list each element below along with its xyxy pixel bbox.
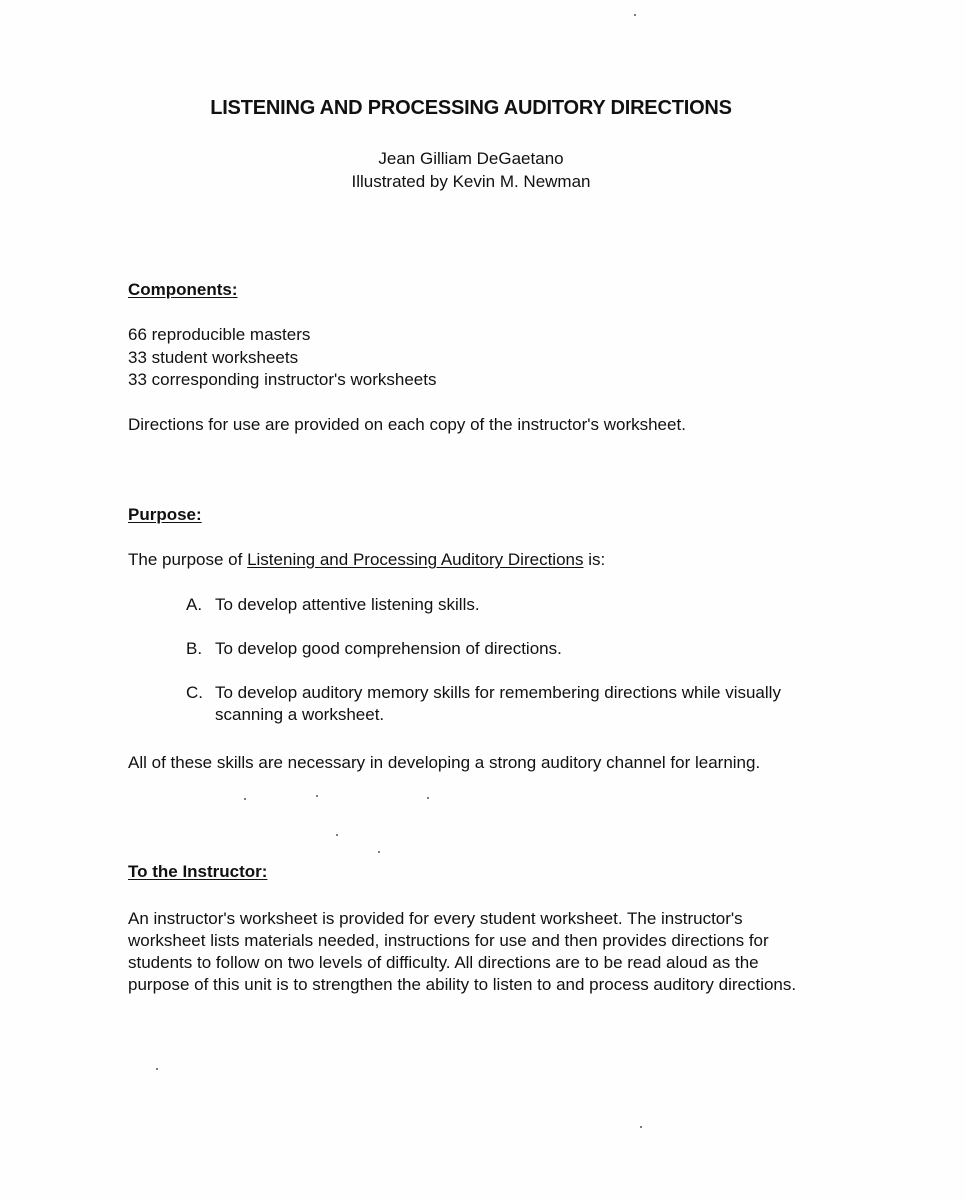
- purpose-item: B. To develop good comprehension of dire…: [186, 638, 795, 660]
- purpose-item-text: To develop attentive listening skills.: [215, 594, 795, 616]
- scan-speck: [336, 834, 338, 836]
- purpose-intro: The purpose of Listening and Processing …: [128, 549, 605, 571]
- illustrator-credit: Illustrated by Kevin M. Newman: [0, 170, 942, 193]
- scan-speck: [244, 798, 246, 800]
- scan-speck: [378, 851, 380, 853]
- purpose-list: A. To develop attentive listening skills…: [186, 594, 795, 748]
- purpose-closing: All of these skills are necessary in dev…: [128, 752, 778, 774]
- document-title: LISTENING AND PROCESSING AUDITORY DIRECT…: [0, 97, 942, 120]
- author-name: Jean Gilliam DeGaetano: [0, 147, 942, 170]
- purpose-item: C. To develop auditory memory skills for…: [186, 682, 795, 726]
- purpose-item-letter: A.: [186, 594, 215, 616]
- purpose-item: A. To develop attentive listening skills…: [186, 594, 795, 616]
- purpose-item-letter: C.: [186, 682, 215, 726]
- scan-speck: [316, 795, 318, 797]
- purpose-item-text: To develop auditory memory skills for re…: [215, 682, 795, 726]
- scan-speck: [156, 1068, 158, 1070]
- instructor-heading: To the Instructor:: [128, 862, 267, 882]
- scan-speck: [640, 1126, 642, 1128]
- credits: Jean Gilliam DeGaetano Illustrated by Ke…: [0, 147, 942, 193]
- component-item: 33 corresponding instructor's worksheets: [128, 369, 436, 392]
- instructor-body: An instructor's worksheet is provided fo…: [128, 908, 818, 996]
- document-page: LISTENING AND PROCESSING AUDITORY DIRECT…: [0, 0, 965, 1200]
- components-list: 66 reproducible masters 33 student works…: [128, 324, 436, 392]
- purpose-intro-prefix: The purpose of: [128, 550, 247, 569]
- scan-speck: [634, 14, 636, 16]
- components-heading: Components:: [128, 280, 238, 300]
- purpose-item-text: To develop good comprehension of directi…: [215, 638, 795, 660]
- components-note: Directions for use are provided on each …: [128, 414, 686, 436]
- component-item: 33 student worksheets: [128, 347, 436, 370]
- purpose-item-letter: B.: [186, 638, 215, 660]
- scan-speck: [427, 797, 429, 799]
- component-item: 66 reproducible masters: [128, 324, 436, 347]
- purpose-heading: Purpose:: [128, 505, 202, 525]
- purpose-intro-suffix: is:: [583, 550, 605, 569]
- purpose-intro-title: Listening and Processing Auditory Direct…: [247, 550, 583, 569]
